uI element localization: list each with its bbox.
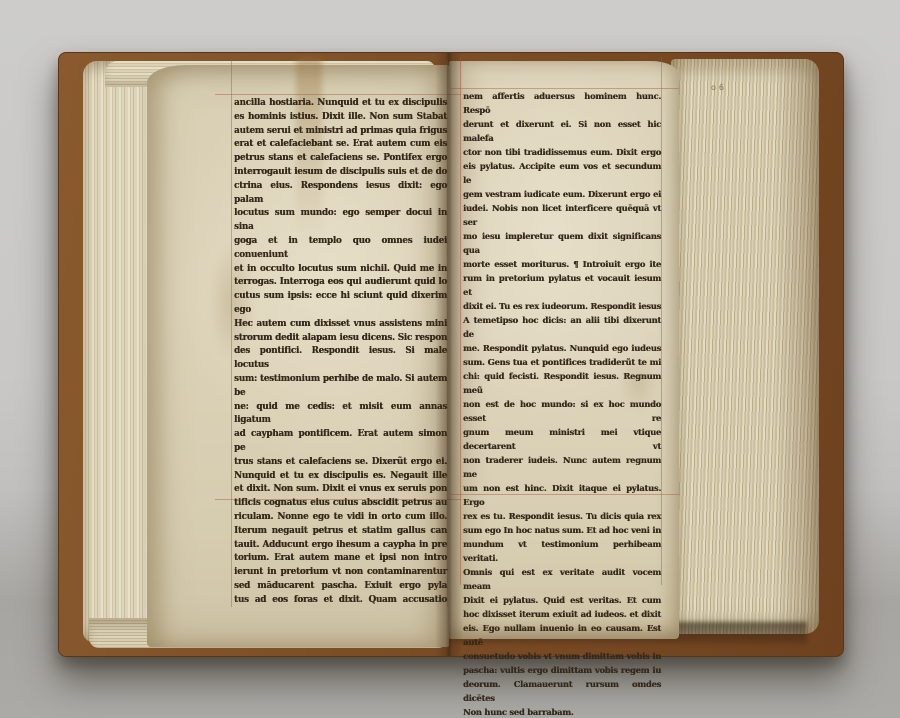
text-line: me. Respondit pylatus. Nunquid ego iudeu… xyxy=(463,341,661,355)
ruling-line xyxy=(661,57,662,585)
text-line: consuetudo vobis vt vnum dimittam vobis … xyxy=(463,649,661,663)
text-line: es hominis istius. Dixit ille. Non sum S… xyxy=(234,111,447,125)
text-line: torium. Erat autem mane et ipsi non intr… xyxy=(234,552,447,566)
text-line: sed māducarent pascha. Exiuit ergo pyla xyxy=(234,580,447,594)
text-line: pascha: vultis ergo dimittam vobis regem… xyxy=(463,663,661,677)
text-line: mundum vt testimonium perhibeam veritati… xyxy=(463,537,661,565)
text-line: morte esset moriturus. ¶ Introiuit ergo … xyxy=(463,257,661,271)
text-line: um non est hinc. Dixit itaque ei pylatus… xyxy=(463,481,661,509)
left-page-text: ancilla hostiaria. Nunquid et tu ex disc… xyxy=(234,97,447,607)
text-line: sum: testimonium perhibe de malo. Si aut… xyxy=(234,373,447,401)
text-line: tus ad eos foras et dixit. Quam accusati… xyxy=(234,594,447,608)
text-line: Iterum negauit petrus et statim gallus c… xyxy=(234,525,447,539)
text-line: autem serui et ministri ad primas quia f… xyxy=(234,125,447,139)
text-line: cutus sum ipsis: ecce hi sciunt quid dix… xyxy=(234,290,447,318)
text-line: Non hunc sed barrabam. xyxy=(463,705,661,718)
text-line: nem affertis aduersus hominem hunc. Resp… xyxy=(463,89,661,117)
text-line: eis pylatus. Accipite eum vos et secundu… xyxy=(463,159,661,187)
photo-background: o6 ancilla hostiaria. Nunquid et tu ex d… xyxy=(0,0,900,718)
text-line: non traderer iudeis. Nunc autem regnum m… xyxy=(463,453,661,481)
text-line: ctor non tibi tradidissemus eum. Dixit e… xyxy=(463,145,661,159)
text-line: terrogas. Interroga eos qui audierunt qu… xyxy=(234,276,447,290)
text-line: ne: quid me cedis: et misit eum annas li… xyxy=(234,401,447,429)
text-line: et dixit. Non sum. Dixit ei vnus ex seru… xyxy=(234,483,447,497)
text-line: Omnis qui est ex veritate audit vocem me… xyxy=(463,565,661,593)
open-book: o6 ancilla hostiaria. Nunquid et tu ex d… xyxy=(58,52,844,657)
text-line: ad caypham pontificem. Erat autem simon … xyxy=(234,428,447,456)
text-line: sum ego In hoc natus sum. Et ad hoc veni… xyxy=(463,523,661,537)
text-line: et in occulto locutus sum nichil. Quid m… xyxy=(234,263,447,277)
text-line: gem vestram iudicate eum. Dixerunt ergo … xyxy=(463,187,661,201)
text-line: hoc dixisset iterum exiuit ad iudeos. et… xyxy=(463,607,661,621)
text-line: goga et in templo quo omnes iudei conuen… xyxy=(234,235,447,263)
text-line: interrogauit iesum de discipulis suis et… xyxy=(234,166,447,180)
text-line: tauit. Adducunt ergo ihesum a caypha in … xyxy=(234,539,447,553)
text-line: rex es tu. Respondit iesus. Tu dicis qui… xyxy=(463,509,661,523)
text-line: eis. Ego nullam inuenio in eo causam. Es… xyxy=(463,621,661,649)
text-line: erat et calefaciebant se. Erat autem cum… xyxy=(234,138,447,152)
text-line: mo iesu impleretur quem dixit significan… xyxy=(463,229,661,257)
ruling-line xyxy=(215,94,461,95)
text-line: ierunt in pretorium vt non contaminarent… xyxy=(234,566,447,580)
text-line: non est de hoc mundo: si ex hoc mundo es… xyxy=(463,397,661,425)
text-line: chi: quid fecisti. Respondit iesus. Regn… xyxy=(463,369,661,397)
text-line: Hec autem cum dixisset vnus assistens mi… xyxy=(234,318,447,332)
text-line: ctrina eius. Respondens iesus dixit: ego… xyxy=(234,180,447,208)
text-line: riculam. Nonne ego te vidi in orto cum i… xyxy=(234,511,447,525)
fore-edge-stack xyxy=(671,59,819,634)
text-line: ancilla hostiaria. Nunquid et tu ex disc… xyxy=(234,97,447,111)
text-line: dixit ei. Tu es rex iudeorum. Respondit … xyxy=(463,299,661,313)
folio-mark: o6 xyxy=(711,83,751,92)
ruling-line xyxy=(231,59,232,607)
right-page-text: nem affertis aduersus hominem hunc. Resp… xyxy=(463,89,661,718)
text-line: Dixit ei pylatus. Quid est veritas. Et c… xyxy=(463,593,661,607)
text-line: Nunquid et tu ex discipulis es. Negauit … xyxy=(234,470,447,484)
text-line: trus stans et calefaciens se. Dixerũt er… xyxy=(234,456,447,470)
text-line: gnum meum ministri mei vtique decertaren… xyxy=(463,425,661,453)
text-line: rum in pretorium pylatus et vocauit iesu… xyxy=(463,271,661,299)
text-line: A temetipso hoc dicis: an alii tibi dixe… xyxy=(463,313,661,341)
text-line: tificis cognatus eius cuius abscidit pet… xyxy=(234,497,447,511)
text-line: locutus sum mundo: ego semper docui in s… xyxy=(234,207,447,235)
gutter-shadow xyxy=(435,53,463,656)
text-line: deorum. Clamauerunt rursum omdes dicētes xyxy=(463,677,661,705)
text-line: petrus stans et calefaciens se. Pontifex… xyxy=(234,152,447,166)
text-line: derunt et dixerunt ei. Si non esset hic … xyxy=(463,117,661,145)
text-line: iudei. Nobis non licet interficere quēqu… xyxy=(463,201,661,229)
text-line: des pontifici. Respondit iesus. Si male … xyxy=(234,345,447,373)
text-line: strorum dedit alapam iesu dicens. Sic re… xyxy=(234,332,447,346)
text-line: sum. Gens tua et pontifices tradiderũt t… xyxy=(463,355,661,369)
